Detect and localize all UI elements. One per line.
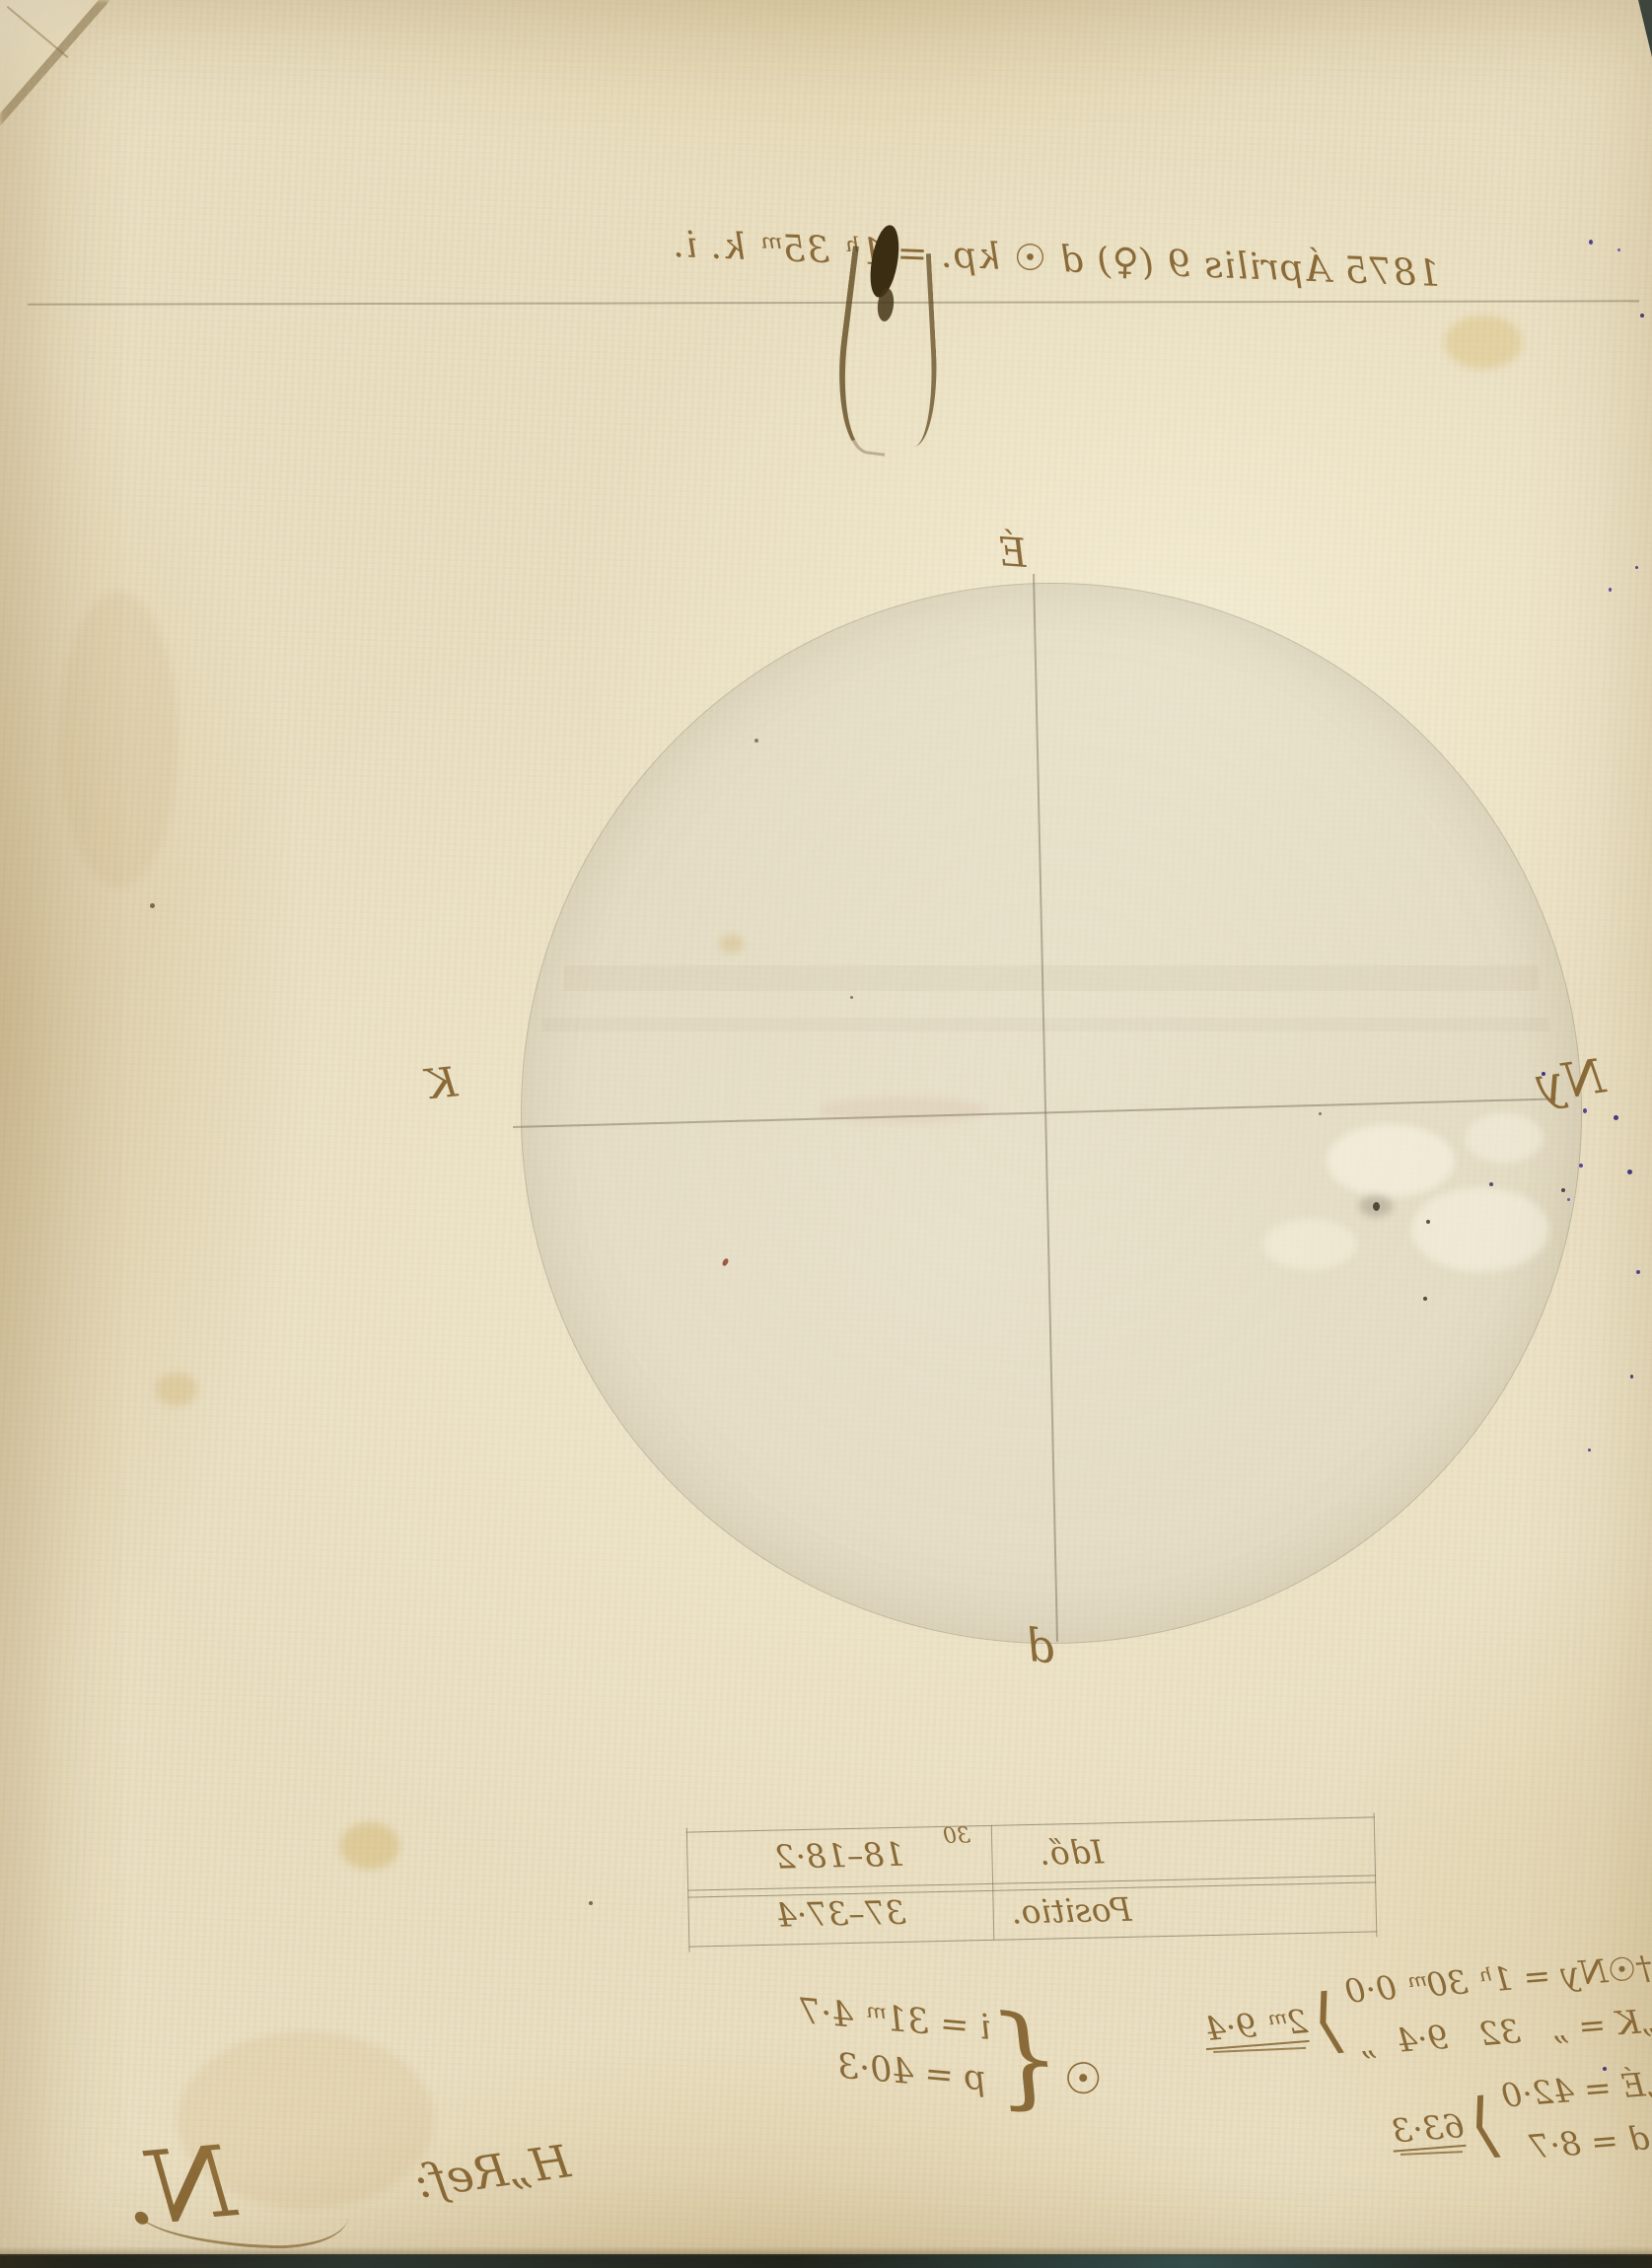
date-line-text: 1875 Április 9 (♀) d ☉ kp. = 1ʰ 35ᵐ k. i… bbox=[672, 223, 1441, 295]
contact-timings-block: †☉Ny = 1ʰ 30ᵐ 0·0 „K = „ 32 9·4 „ ⟩ 2ᵐ 9… bbox=[1100, 1941, 1652, 2244]
facula-patch bbox=[1327, 1124, 1455, 1197]
sun-symbol: ☉ bbox=[1061, 2052, 1105, 2105]
sun-elements-block: ☉ { i = 31ᵐ 4·7 p = 40·3 bbox=[759, 1965, 1111, 2133]
timing-result-2: 63·3 bbox=[1391, 2105, 1466, 2152]
label-bottom-text: d bbox=[1023, 1618, 1057, 1674]
row2-label-text: Positio. bbox=[1011, 1889, 1132, 1931]
label-left-text: K bbox=[424, 1057, 460, 1108]
brace-icon: ⟩ bbox=[1468, 2088, 1501, 2161]
sunspot bbox=[1423, 1297, 1427, 1301]
disk-label-south: d bbox=[1023, 1618, 1057, 1674]
row2-value-text: 37–37·4 bbox=[775, 1892, 906, 1934]
timing-lines: „É = 42·0 „d = 8·7 bbox=[1499, 2057, 1652, 2175]
scan-band bbox=[564, 965, 1539, 991]
ref-mark-text: H„Ref: bbox=[411, 2134, 573, 2209]
facula-patch bbox=[1263, 1219, 1357, 1270]
scan-corner-artifact-right bbox=[1638, 0, 1652, 57]
sunspot bbox=[1489, 1182, 1493, 1186]
brace-icon: ⟩ bbox=[1311, 1983, 1344, 2056]
label-right-text: Ny bbox=[1533, 1048, 1608, 1112]
row1-value-text: 18–18·2 bbox=[774, 1835, 905, 1877]
row1-label-text: Idő. bbox=[1040, 1832, 1104, 1872]
elements-brace: { bbox=[987, 1991, 1067, 2123]
disk-label-east: K bbox=[424, 1057, 460, 1108]
solar-disk bbox=[521, 583, 1582, 1644]
table-row-label: Positio. bbox=[1011, 1878, 1377, 1937]
disk-label-north: É bbox=[996, 530, 1028, 577]
timing-result-1: 2ᵐ 9·4 bbox=[1203, 2002, 1309, 2050]
table-row-label: Idő. bbox=[1040, 1816, 1376, 1881]
ref-mark: H„Ref: bbox=[411, 2134, 573, 2209]
table-row-value: 30 18–18·2 bbox=[686, 1823, 993, 1888]
row1-superscript: 30 bbox=[943, 1823, 971, 1849]
scan-band bbox=[542, 1018, 1548, 1031]
label-top-text: É bbox=[996, 530, 1028, 577]
elements-lines: i = 31ᵐ 4·7 p = 40·3 bbox=[792, 1986, 993, 2105]
disk-label-west: Ny bbox=[1533, 1048, 1608, 1112]
folded-corner bbox=[0, 0, 99, 113]
facula-patch bbox=[1465, 1113, 1544, 1163]
pink-smudge bbox=[819, 1098, 986, 1123]
sunspot bbox=[1373, 1202, 1380, 1211]
scanned-notebook-page: 1875 Április 9 (♀) d ☉ kp. = 1ʰ 35ᵐ k. i… bbox=[0, 0, 1652, 2268]
observation-table: Idő. 30 18–18·2 Positio. 37–37·4 bbox=[686, 1805, 1378, 1952]
observation-date-line: 1875 Április 9 (♀) d ☉ kp. = 1ʰ 35ᵐ k. i… bbox=[689, 203, 1424, 314]
table-row-value: 37–37·4 bbox=[687, 1884, 994, 1943]
sunspot bbox=[1561, 1188, 1565, 1192]
facula-patch bbox=[1411, 1187, 1549, 1272]
sunspot bbox=[1426, 1220, 1430, 1224]
timing-lines: †☉Ny = 1ʰ 30ᵐ 0·0 „K = „ 32 9·4 „ bbox=[1343, 1941, 1652, 2071]
scan-edge-bottom bbox=[0, 2254, 1652, 2268]
scan-edge-shadow bbox=[0, 2246, 1652, 2256]
